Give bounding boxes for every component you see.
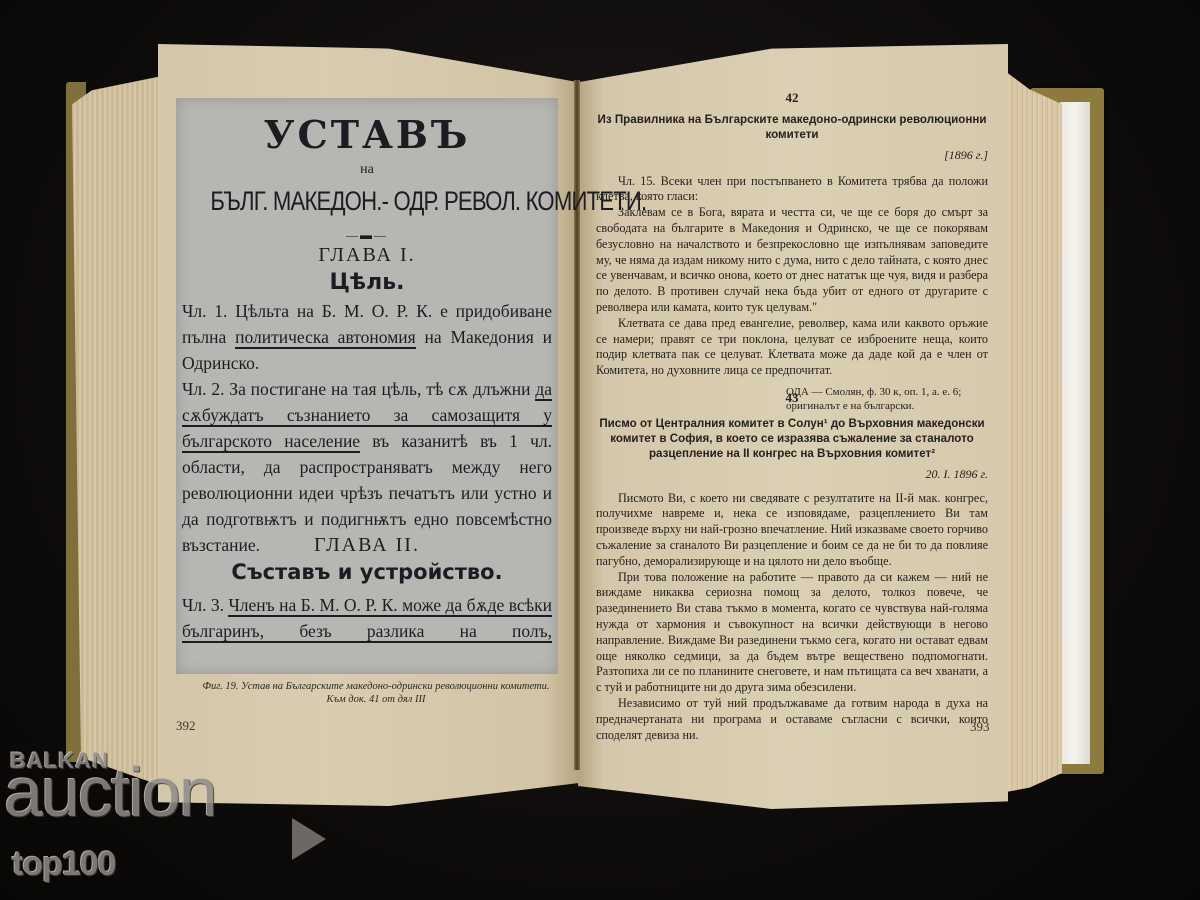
page-number-left: 392	[176, 718, 196, 734]
plate-title: УСТАВЪ	[176, 112, 558, 157]
plate-subtitle-na: на	[176, 162, 558, 178]
article-1-underlined: политическа автономия	[235, 327, 416, 349]
doc-42-paragraph: Чл. 15. Всеки член при постъпването в Ко…	[596, 174, 988, 206]
book-gutter	[574, 80, 580, 770]
doc-42-date: [1896 г.]	[596, 148, 988, 164]
page-block-left-edge	[72, 76, 162, 786]
caption-line-1: Фиг. 19. Устав на Българските македоно-о…	[186, 680, 566, 693]
facsimile-plate: УСТАВЪ на БЪЛГ. МАКЕДОН.- ОДР. РЕВОЛ. КО…	[176, 98, 558, 674]
ornament-divider: —▬—	[176, 228, 558, 243]
doc-43-date: 20. I. 1896 г.	[596, 467, 988, 483]
doc-43-paragraph: Независимо от туй ний продължаваме да го…	[596, 696, 988, 743]
play-triangle-icon	[292, 818, 326, 860]
article-1: Чл. 1. Цѣльта на Б. М. О. Р. К. е придоб…	[182, 298, 552, 376]
article-2: Чл. 2. За постигане на тая цѣль, тѣ сѫ д…	[182, 376, 552, 558]
doc-43-number: 43	[596, 390, 988, 406]
doc-42-paragraph: Клетвата се дава пред евангелие, револве…	[596, 316, 988, 379]
watermark-top100: top100	[12, 845, 116, 884]
doc-42-heading: Из Правилника на Българските македоно-од…	[596, 112, 988, 142]
article-3-text: Чл. 3.	[182, 595, 228, 615]
article-2-text: Чл. 2. За постигане на тая цѣль, тѣ сѫ д…	[182, 379, 535, 399]
chapter-1-title: Цѣль.	[176, 270, 558, 295]
doc-43-heading: Писмо от Централния комитет в Солун¹ до …	[596, 416, 988, 461]
document-42: 42 Из Правилника на Българските македоно…	[596, 90, 988, 413]
watermark-auction: auction	[4, 752, 216, 832]
doc-42-number: 42	[596, 90, 988, 106]
document-43: 43 Писмо от Централния комитет в Солун¹ …	[596, 390, 988, 743]
chapter-1-heading: ГЛАВА I.	[176, 244, 558, 267]
doc-42-body: Чл. 15. Всеки член при постъпването в Ко…	[596, 174, 988, 379]
endpaper	[1060, 102, 1090, 764]
chapter-2-title: Съставъ и устройство.	[176, 560, 558, 584]
doc-43-body: Писмото Ви, с което ни сведявате с резул…	[596, 491, 988, 744]
doc-42-paragraph: Заклевам се в Бога, вярата и честта си, …	[596, 205, 988, 316]
doc-43-paragraph: При това положение на работите — правото…	[596, 570, 988, 696]
article-3-underlined: Членъ на Б. М. О. Р. К. може да бѫде всѣ…	[182, 595, 552, 643]
figure-caption: Фиг. 19. Устав на Българските македоно-о…	[186, 680, 566, 706]
plate-organisation: БЪЛГ. МАКЕДОН.- ОДР. РЕВОЛ. КОМИТЕТИ.	[210, 186, 523, 217]
doc-43-paragraph: Писмото Ви, с което ни сведявате с резул…	[596, 491, 988, 570]
chapter-2-heading: ГЛАВА II.	[176, 534, 558, 557]
article-3: Чл. 3. Членъ на Б. М. О. Р. К. може да б…	[182, 592, 552, 644]
page-number-right: 393	[970, 719, 990, 735]
caption-line-2: Към док. 41 от дял III	[186, 693, 566, 706]
